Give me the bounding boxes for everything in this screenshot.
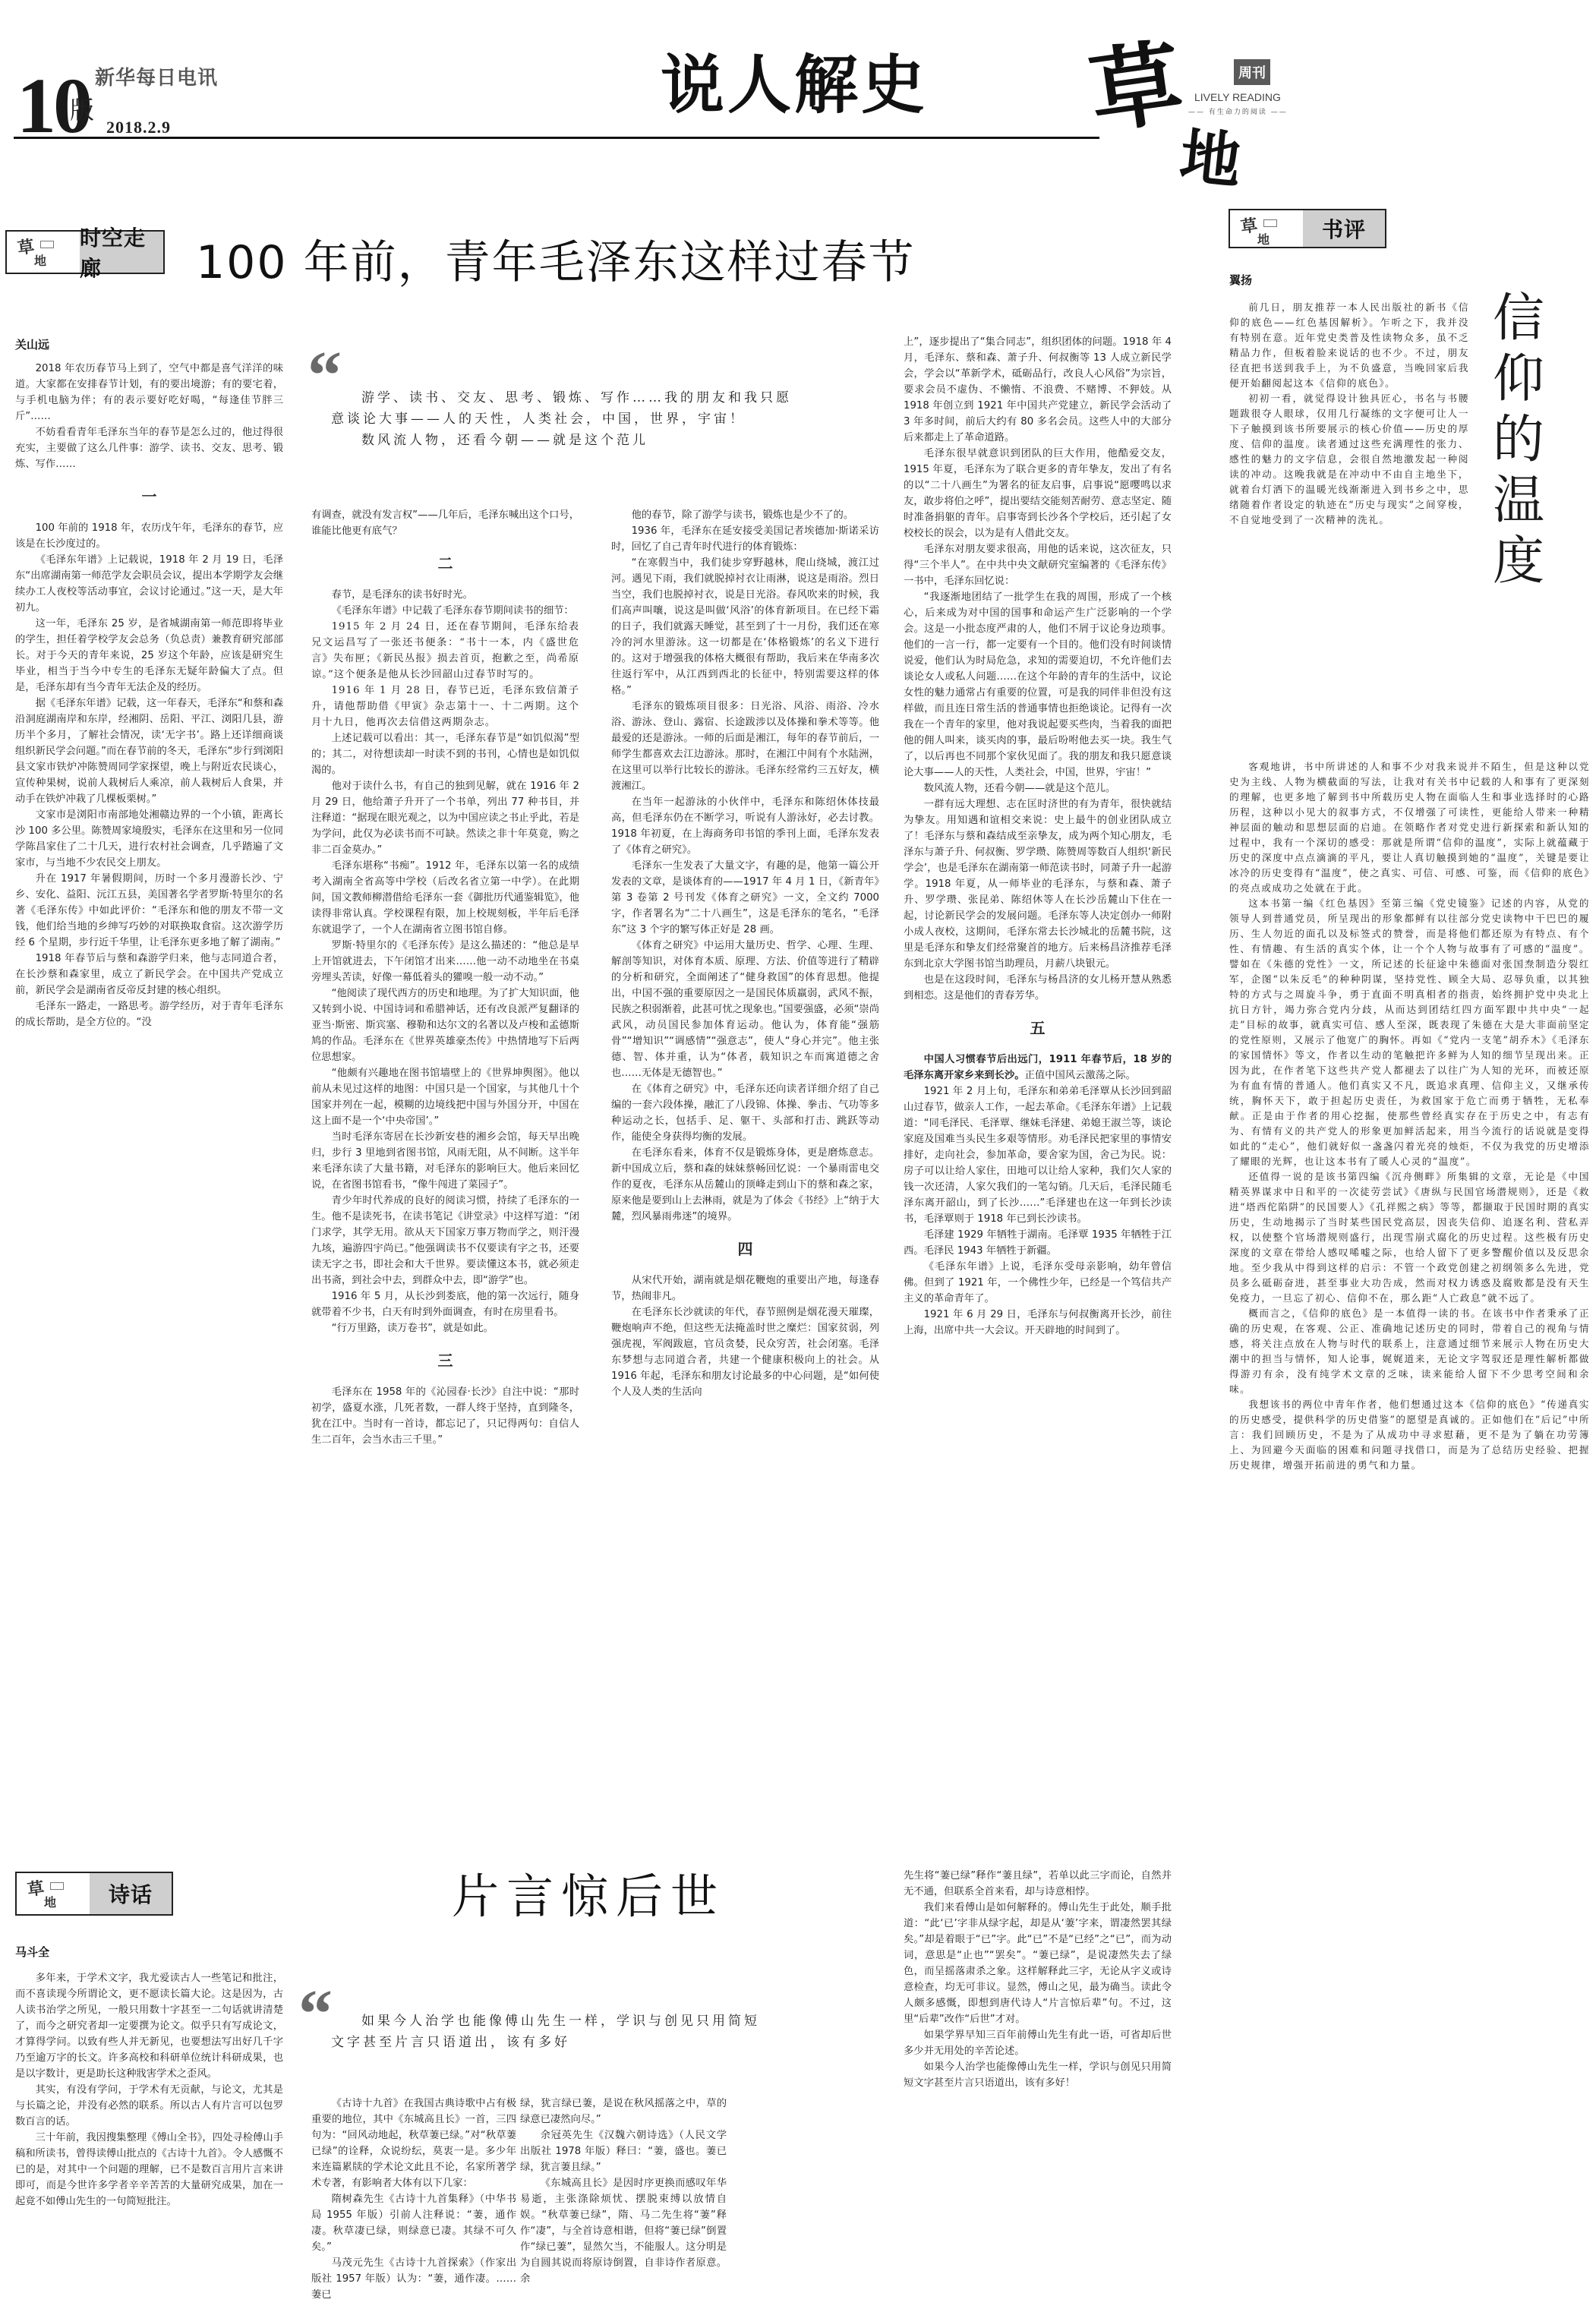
paragraph: 其实，有没有学问，于学术有无贡献，与论文，尤其是与长篇之论，并没有必然的联系。所… bbox=[15, 2082, 283, 2130]
article-author: 马斗全 bbox=[15, 1944, 49, 1960]
paragraph: 1936 年，毛泽东在延安接受美国记者埃德加·斯诺采访时，回忆了自己青年时代进行… bbox=[611, 523, 879, 555]
paragraph: 毛泽东一生发表了大量文字，有趣的是，他第一篇公开发表的文章，是谈体育的——191… bbox=[611, 858, 879, 938]
review-author: 翼扬 bbox=[1229, 272, 1252, 288]
paragraph: 《毛泽东年谱》中记载了毛泽东春节期间读书的细节： bbox=[311, 603, 579, 619]
paragraph: 前几日，朋友推荐一本人民出版社的新书《信仰的底色——红色基因解析》。乍听之下，我… bbox=[1229, 300, 1469, 391]
paragraph: 青少年时代养成的良好的阅读习惯，持续了毛泽东的一生。他不是读死书，在读书笔记《讲… bbox=[311, 1193, 579, 1288]
paragraph: 《毛泽东年谱》上说，毛泽东受母亲影响，幼年曾信佛。但到了 1921 年，一个佛性… bbox=[904, 1259, 1172, 1307]
paragraph: 有调查，就没有发言权”——几年后，毛泽东喊出这个口号，谁能比他更有底气？ bbox=[311, 507, 579, 539]
masthead-rule bbox=[14, 137, 1099, 139]
paragraph: 他对于读什么书，有自己的独到见解，就在 1916 年 2 月 29 日，他给萧子… bbox=[311, 778, 579, 858]
paragraph: 隋树森先生《古诗十九首集释》（中华书局 1955 年版）引前人注释说：“萋，通作… bbox=[311, 2191, 516, 2255]
paragraph: 在毛泽东长沙就读的年代，春节照例是烟花漫天璀璨，鞭炮响声不绝，但这些无法掩盖时世… bbox=[611, 1304, 879, 1400]
paragraph: 从宋代开始，湖南就是烟花鞭炮的重要出产地，每逢春节，热闹非凡。 bbox=[611, 1273, 879, 1304]
paragraph: 在《体育之研究》中，毛泽东还向读者详细介绍了自己编的一套六段体操，融汇了八段锦、… bbox=[611, 1081, 879, 1145]
review-column-top: 前几日，朋友推荐一本人民出版社的新书《信仰的底色——红色基因解析》。乍听之下，我… bbox=[1229, 300, 1469, 771]
article-headline: 100 年前，青年毛泽东这样过春节 bbox=[196, 226, 916, 292]
section-tag-logo-icon: 草地 bbox=[1230, 210, 1303, 247]
paragraph: 我想该书的两位中青年作者，他们想通过这本《信仰的底色》“传递真实的历史感受，提供… bbox=[1229, 1397, 1590, 1473]
paragraph: 升在 1917 年暑假期间，历时一个多月漫游长沙、宁乡、安化、益阳、沅江五县，美… bbox=[15, 871, 283, 951]
review-title-vertical: 信 仰 的 温 度 bbox=[1481, 289, 1557, 592]
paragraph: 多年来，于学术文字，我尤爱读古人一些笔记和批注，而不喜读现今所谓论文，更不愿读长… bbox=[15, 1970, 283, 2082]
section-heading-5: 五 bbox=[904, 1020, 1172, 1036]
paragraph: 上”，逐步提出了“集合同志”，组织团体的问题。1918 年 4 月，毛泽东、蔡和… bbox=[904, 334, 1172, 446]
section-title: 说人解史 bbox=[661, 53, 928, 117]
title-char: 仰 bbox=[1481, 349, 1557, 410]
title-char: 的 bbox=[1481, 410, 1557, 471]
quoted-paragraph: 1915 年 2 月 24 日，还在春节期间，毛泽东给表兄文运昌写了一张还书便条… bbox=[311, 619, 579, 683]
pull-quote-line: 如果今人治学也能像傅山先生一样，学识与创见只用简短 bbox=[331, 2011, 817, 2032]
paragraph: “他阅读了现代西方的历史和地理。为了扩大知识面，他又转到小说、中国诗词和希腊神话… bbox=[311, 986, 579, 1065]
paragraph: 这本书第一编《红色基因》至第三编《党史镜鉴》记述的内容，从党的领导人到普通党员，… bbox=[1229, 896, 1590, 1169]
section-tag-shihua: 草地 诗话 bbox=[15, 1872, 173, 1916]
paragraph: 马茂元先生《古诗十九首探索》（作家出版社 1957 年版）认为：“萋，通作凄。…… bbox=[311, 2255, 516, 2303]
paragraph: 中国人习惯春节后出远门，1911 年春节后，18 岁的毛泽东离开家乡来到长沙。正… bbox=[904, 1052, 1172, 1083]
pull-quote-line: 文字甚至片言只语道出，该有多好 bbox=[331, 2032, 817, 2053]
paragraph: 先生将“萋已绿”释作“萋且绿”，若单以此三字而论，自然并无不通，但联系全首来看，… bbox=[904, 1868, 1172, 1900]
poetry-column-4: 先生将“萋已绿”释作“萋且绿”，若单以此三字而论，自然并无不通，但联系全首来看，… bbox=[904, 1868, 1172, 2308]
section-tag-logo-icon: 草地 bbox=[17, 1873, 90, 1914]
paragraph: 文家市是浏阳市南部地处湘赣边界的一个小镇，距离长沙 100 多公里。陈赞周家境殷… bbox=[15, 807, 283, 871]
paragraph: 《体育之研究》中运用大量历史、哲学、心理、生理、解剖等知识，对体育本质、原理、方… bbox=[611, 938, 879, 1081]
paragraph: 2018 年农历春节马上到了，空气中都是喜气洋洋的味道。大家都在安排春节计划，有… bbox=[15, 361, 283, 424]
pull-quote-line: 游学、读书、交友、思考、锻炼、写作……我的朋友和我只愿 bbox=[331, 387, 787, 408]
article-author: 关山远 bbox=[15, 336, 49, 352]
review-column-bottom: 客观地讲，书中所讲述的人和事不少对我来说并不陌生，但是这种以党史为主线、人物为横… bbox=[1229, 759, 1590, 2285]
paragraph: 概而言之，《信仰的底色》是一本值得一读的书。在该书中作者秉承了正确的历史观，在客… bbox=[1229, 1306, 1590, 1397]
paragraph: 毛泽东在 1958 年的《沁园春·长沙》自注中说：“那时初学，盛夏水涨，几死者数… bbox=[311, 1384, 579, 1448]
paragraph: 毛泽东的锻炼项目很多：日光浴、风浴、雨浴、冷水浴、游泳、登山、露宿、长途跋涉以及… bbox=[611, 699, 879, 794]
paragraph: 据《毛泽东年谱》记载，这一年春天，毛泽东“和蔡和森沿洞庭湖南岸和东岸，经湘阴、岳… bbox=[15, 695, 283, 807]
paragraph: 上述记载可以看出：其一，毛泽东春节是“如饥似渴”型的；其二，对待想读却一时读不到… bbox=[311, 730, 579, 778]
paragraph: 我们来看傅山是如何解释的。傅山先生于此处，顺手批道：“此‘已’字非从绿字起，却是… bbox=[904, 1900, 1172, 2027]
paragraph: 不妨看看青年毛泽东当年的春节是怎么过的，他过得很充实，主要做了这么几件事：游学、… bbox=[15, 424, 283, 472]
paragraph: 毛泽东堪称“书痴”。1912 年，毛泽东以第一名的成绩考入湖南全省高等中学校（后… bbox=[311, 858, 579, 938]
paragraph: “在寒假当中，我们徒步穿野越林，爬山绕城，渡江过河。遇见下雨，我们就脱掉衬衣让雨… bbox=[611, 555, 879, 699]
pull-quote: 如果今人治学也能像傅山先生一样，学识与创见只用简短 文字甚至片言只语道出，该有多… bbox=[331, 2011, 817, 2053]
paragraph: 毛泽建 1929 年牺牲于湖南。毛泽覃 1935 年牺牲于江西。毛泽民 1943… bbox=[904, 1227, 1172, 1259]
brand-calligraphy-bottom: 地 bbox=[1176, 107, 1246, 200]
poetry-column-1: 多年来，于学术文字，我尤爱读古人一些笔记和批注，而不喜读现今所谓论文，更不愿读长… bbox=[15, 1970, 283, 2304]
paragraph: 一群有远大理想、志在匡时济世的有为青年，很快就结为挚友。用知遇和谊相交来说：史上… bbox=[904, 796, 1172, 972]
paragraph: “我逐渐地团结了一批学生在我的周围，形成了一个核心，后来成为对中国的国事和命运产… bbox=[904, 589, 1172, 781]
paragraph: 1918 年春节后与蔡和森游学归来，他与志同道合者，在长沙蔡和森家里，成立了新民… bbox=[15, 951, 283, 998]
paragraph: 数风流人物，还看今朝——就是这个范儿。 bbox=[904, 781, 1172, 796]
paragraph: 初初一看，就觉得设计独具匠心，书名与书腰题跋很夺人眼球，仅用几行凝练的文字便可让… bbox=[1229, 391, 1469, 528]
paragraph: 《古诗十九首》在我国古典诗歌中占有极重要的地位，其中《东城高且长》一首，三四句为… bbox=[311, 2096, 516, 2191]
paragraph: 还值得一说的是该书第四编《沉舟侧畔》所集辑的文章，无论是《中国精英界谋求中日和平… bbox=[1229, 1169, 1590, 1306]
paragraph: 毛泽东很早就意识到团队的巨大作用，他酷爱交友，1915 年夏，毛泽东为了联合更多… bbox=[904, 446, 1172, 541]
poetry-column-2: 《古诗十九首》在我国古典诗歌中占有极重要的地位，其中《东城高且长》一首，三四句为… bbox=[311, 2096, 516, 2308]
paragraph: 《东城高且长》是因时序更换而感叹年华易逝，主张涤除烦忧、摆脱束缚以放情自娱。“秋… bbox=[520, 2175, 727, 2287]
paragraph: 三十年前，我因搜集整理《傅山全书》，四处寻检傅山手稿和所读书，曾得读傅山批点的《… bbox=[15, 2130, 283, 2209]
article-column-2: 有调查，就没有发言权”——几年后，毛泽东喊出这个口号，谁能比他更有底气？ 二 春… bbox=[311, 507, 579, 1585]
brand-logo: 草 地 周刊 LIVELY READING —— 有生命力的阅读 —— bbox=[1082, 15, 1333, 178]
lead-rest: 正值中国风云激荡之际。 bbox=[1025, 1070, 1136, 1081]
article-column-1: 2018 年农历春节马上到了，空气中都是喜气洋洋的味道。大家都在安排春节计划，有… bbox=[15, 361, 283, 1576]
pull-quote: 游学、读书、交友、思考、锻炼、写作……我的朋友和我只愿 意谈论大事——人的天性，… bbox=[331, 387, 787, 451]
paragraph: 在毛泽东看来，体育不仅是锻炼身体，更是磨炼意志。新中国成立后，蔡和森的妹妹蔡畅回… bbox=[611, 1145, 879, 1225]
paragraph: 1916 年 5 月，从长沙到娄底，他的第一次远行，随身就带着不少书，白天有时到… bbox=[311, 1288, 579, 1320]
paragraph: 绿，犹言绿已萋，是说在秋风摇落之中，草的绿意已凄然向尽。” bbox=[520, 2096, 727, 2127]
issue-date: 2018.2.9 bbox=[106, 118, 171, 137]
poetry-column-3: 绿，犹言绿已萋，是说在秋风摇落之中，草的绿意已凄然向尽。” 余冠英先生《汉魏六朝… bbox=[520, 2096, 727, 2308]
section-tag-label: 诗话 bbox=[90, 1873, 172, 1914]
weekly-badge: 周刊 bbox=[1234, 59, 1270, 85]
paragraph: 如果学界早知三百年前傅山先生有此一语，可省却后世多少并无用处的辛苦论述。 bbox=[904, 2027, 1172, 2059]
article-headline: 片言惊后世 bbox=[452, 1859, 725, 1926]
paragraph: 当时毛泽东寄居在长沙新安巷的湘乡会馆，每天早出晚归，步行 3 里地到省图书馆，风… bbox=[311, 1129, 579, 1193]
masthead: 10 版 新华每日电讯 2018.2.9 说人解史 草 地 周刊 LIVELY … bbox=[0, 0, 1596, 182]
section-heading-2: 二 bbox=[311, 556, 579, 572]
title-char: 温 bbox=[1481, 471, 1557, 531]
paper-name: 新华每日电讯 bbox=[95, 62, 218, 90]
paragraph: 余冠英先生《汉魏六朝诗选》（人民文学出版社 1978 年版）释曰：“萋，盛也。萋… bbox=[520, 2127, 727, 2175]
paragraph: “行万里路，读万卷书”，就是如此。 bbox=[311, 1320, 579, 1336]
pull-quote-line: 数风流人物，还看今朝——就是这个范儿 bbox=[331, 430, 787, 451]
pull-quote-line: 意谈论大事——人的天性，人类社会，中国，世界，宇宙！ bbox=[331, 408, 787, 430]
brand-calligraphy-top: 草 bbox=[1081, 9, 1190, 151]
article-column-3: 他的春节，除了游学与读书，锻炼也是少不了的。 1936 年，毛泽东在延安接受美国… bbox=[611, 507, 879, 1585]
paragraph: 毛泽东对朋友要求很高，用他的话来说，这次征友，只得“三个半人”。在中共中央文献研… bbox=[904, 541, 1172, 589]
section-heading-1: 一 bbox=[15, 489, 283, 505]
section-tag-label: 书评 bbox=[1303, 210, 1385, 247]
paragraph: 春节，是毛泽东的读书好时光。 bbox=[311, 587, 579, 603]
brand-slogan: —— 有生命力的阅读 —— bbox=[1188, 106, 1288, 116]
paragraph: 罗斯·特里尔的《毛泽东传》是这么描述的：“他总是早上开馆就进去，下午闭馆才出来…… bbox=[311, 938, 579, 986]
title-char: 度 bbox=[1481, 531, 1557, 592]
quoted-paragraph: 1916 年 1 月 28 日，春节已近，毛泽东致信萧子升，请他帮助借《甲寅》杂… bbox=[311, 683, 579, 730]
section-heading-4: 四 bbox=[611, 1241, 879, 1257]
paragraph: 1921 年 6 月 29 日，毛泽东与何叔衡离开长沙，前往上海，出席中共一大会… bbox=[904, 1307, 1172, 1339]
paragraph: 他的春节，除了游学与读书，锻炼也是少不了的。 bbox=[611, 507, 879, 523]
section-tag-shuping: 草地 书评 bbox=[1229, 209, 1386, 248]
paragraph: 这一年，毛泽东 25 岁，是省城湖南第一师范即将毕业的学生，担任着学校学友会总务… bbox=[15, 616, 283, 695]
section-tag-label: 时空走廊 bbox=[80, 232, 163, 273]
paragraph: 也是在这段时间，毛泽东与杨昌济的女儿杨开慧从熟悉到相恋。这是他们的青春芳华。 bbox=[904, 972, 1172, 1004]
paragraph: 客观地讲，书中所讲述的人和事不少对我来说并不陌生，但是这种以党史为主线、人物为横… bbox=[1229, 759, 1590, 896]
article-column-4: 上”，逐步提出了“集合同志”，组织团体的问题。1918 年 4 月，毛泽东、蔡和… bbox=[904, 334, 1172, 1587]
quote-mark-icon: “ bbox=[298, 1980, 333, 2049]
section-tag-shikong: 草地 时空走廊 bbox=[5, 230, 165, 274]
paragraph: 毛泽东一路走，一路思考。游学经历，对于青年毛泽东的成长帮助，是全方位的。“没 bbox=[15, 998, 283, 1030]
brand-english: LIVELY READING bbox=[1194, 91, 1281, 103]
paragraph: 在当年一起游泳的小伙伴中，毛泽东和陈绍休体技最高，但毛泽东仍在不断学习，听说有人… bbox=[611, 794, 879, 858]
paragraph: 1921 年 2 月上旬，毛泽东和弟弟毛泽覃从长沙回到韶山过春节，做亲人工作，一… bbox=[904, 1083, 1172, 1227]
title-char: 信 bbox=[1481, 289, 1557, 349]
page-suffix: 版 bbox=[70, 91, 94, 126]
section-heading-3: 三 bbox=[311, 1353, 579, 1369]
paragraph: “他颇有兴趣地在图书馆墙壁上的《世界坤舆图》。他以前从未见过这样的地图：中国只是… bbox=[311, 1065, 579, 1129]
paragraph: 如果今人治学也能像傅山先生一样，学识与创见只用简短文字甚至片言只语道出，该有多好… bbox=[904, 2059, 1172, 2091]
paragraph: 《毛泽东年谱》上记载说，1918 年 2 月 19 日，毛泽东“出席湖南第一师范… bbox=[15, 552, 283, 616]
paragraph: 100 年前的 1918 年，农历戊午年，毛泽东的春节，应该是在长沙度过的。 bbox=[15, 520, 283, 552]
section-tag-logo-icon: 草地 bbox=[7, 232, 80, 273]
